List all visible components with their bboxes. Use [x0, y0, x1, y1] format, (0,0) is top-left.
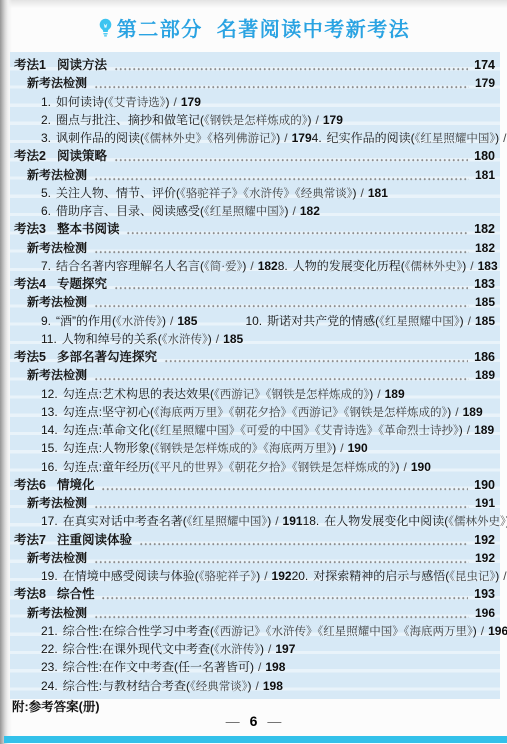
slash-separator: / [284, 129, 287, 147]
toc-item: 7.结合名著内容理解名人名言(《简·爱》)/182 [41, 257, 278, 276]
toc-item: 3.讽刺作品的阅读(《儒林外史》《格列佛游记》)/179 [41, 129, 312, 148]
book-title: 《红星照耀中国》 [415, 133, 496, 145]
item-page-number: 182 [300, 202, 320, 220]
item-text: 结合名著内容理解名人名言(《简·爱》) [56, 257, 246, 276]
item-text: 勾连点:革命文化(《红星照耀中国》《可爱的中国》《艾青诗选》《革命烈士诗抄》) [63, 421, 463, 440]
page-number: 179 [475, 74, 495, 92]
item-text: 圈点与批注、摘抄和做笔记(《钢铁是怎样炼成的》) [56, 111, 312, 130]
leader-dots [114, 275, 468, 293]
toc-item-row: 23.综合性:在作文中考查(任一名著皆可)/198 [14, 658, 495, 676]
section-label: 考法8 [14, 585, 46, 603]
item-number: 22. [41, 640, 58, 658]
slash-separator: / [258, 658, 261, 676]
item-text: 在真实对话中考查名著(《红星照耀中国》) [63, 512, 272, 531]
toc-item-row: 6.借助序言、目录、阅读感受(《红星照耀中国》)/182 [14, 202, 495, 220]
slash-separator: / [481, 622, 484, 640]
item-page-number: 179 [181, 93, 201, 111]
item-text: 综合性:在综合性学习中考查(《西游记》《水浒传》《红星照耀中国》《海底两万里》) [63, 622, 477, 641]
toc-item-row-dual: 9.“酒”的作用(《水浒传》)/18510.斯诺对共产党的情感(《红星照耀中国》… [14, 312, 495, 330]
item-page-number: 189 [463, 403, 483, 421]
item-text: 人物的发展变化历程(《儒林外史》) [293, 257, 467, 276]
item-text: 综合性:与教材结合考查(《经典常谈》) [63, 677, 252, 696]
item-text: 讽刺作品的阅读(《儒林外史》《格列佛游记》) [56, 129, 280, 148]
slash-separator: / [256, 677, 259, 695]
item-text: 勾连点:艺术构思的表达效果(《西游记》《钢铁是怎样炼成的》) [63, 385, 374, 404]
item-number: 5. [41, 184, 51, 202]
toc-item-row-dual: 19.在情境中感受阅读与体验(《骆驼祥子》)/19220.对探索精神的启示与感悟… [14, 567, 495, 585]
item-number: 4. [312, 129, 322, 147]
toc-item-row: 21.综合性:在综合性学习中考查(《西游记》《水浒传》《红星照耀中国》《海底两万… [14, 622, 495, 640]
item-number: 8. [278, 257, 288, 275]
book-title: 《水浒传》 [243, 188, 295, 200]
book-title: 《革命烈士诗抄》 [378, 425, 459, 437]
page-top-shadow [0, 0, 507, 8]
leader-dots [94, 239, 469, 257]
book-title: 《可爱的中国》 [240, 425, 315, 437]
item-page-number: 191 [283, 512, 303, 530]
sub-label: 新考法检测 [27, 166, 87, 184]
book-title: 《红星照耀中国》 [187, 516, 268, 528]
toc-item-row: 24.综合性:与教材结合考查(《经典常谈》)/198 [14, 677, 495, 695]
toc-item-row: 22.综合性:在课外现代文中考查(《水浒传》)/197 [14, 640, 495, 658]
toc-section-row: 考法7注重阅读体验192 [14, 531, 495, 549]
book-title: 《朝花夕拾》 [229, 462, 292, 474]
item-text: 如何读诗(《艾青诗选》) [56, 93, 170, 112]
book-title: 《钢铁是怎样炼成的》 [204, 115, 308, 127]
toc-sub-row: 新考法检测192 [14, 549, 495, 567]
item-text: 勾连点:人物形象(《钢铁是怎样炼成的》《海底两万里》) [63, 439, 337, 458]
item-page-number: 189 [385, 385, 405, 403]
item-text: 综合性:在课外现代文中考查(《水浒传》) [63, 640, 264, 659]
toc-item-row: 1.如何读诗(《艾青诗选》)/179 [14, 93, 495, 111]
toc-item: 19.在情境中感受阅读与体验(《骆驼祥子》)/192 [41, 567, 292, 586]
book-toc-page: 第二部分名著阅读中考新考法 考法1阅读方法174新考法检测1791.如何读诗(《… [0, 0, 507, 744]
section-label: 考法7 [14, 531, 46, 549]
slash-separator: / [275, 512, 278, 530]
book-title: 《骆驼祥子》 [180, 188, 243, 200]
book-title: 《平凡的世界》 [154, 462, 229, 474]
page-number: 182 [474, 220, 495, 238]
item-number: 6. [41, 202, 51, 220]
toc-sub-row: 新考法检测179 [14, 74, 495, 92]
book-title: 《艾青诗选》 [315, 425, 378, 437]
item-number: 11. [41, 330, 57, 348]
sub-label: 新考法检测 [27, 604, 87, 622]
toc-section-row: 考法8综合性193 [14, 585, 495, 603]
item-number: 1. [41, 93, 51, 111]
book-title: 《儒林外史》 [405, 261, 463, 273]
item-number: 7. [41, 257, 51, 275]
section-title: 阅读策略 [57, 147, 107, 165]
page-number: 174 [474, 56, 495, 74]
page-number: 183 [474, 275, 495, 293]
item-page-number: 196 [488, 622, 507, 640]
leader-dots [101, 476, 468, 494]
item-number: 9. [41, 312, 51, 330]
book-title: 《儒林外史》 [448, 516, 506, 528]
page-header: 第二部分名著阅读中考新考法 [0, 13, 507, 43]
toc-item: 17.在真实对话中考查名著(《红星照耀中国》)/191 [41, 512, 303, 531]
book-title: 《钢铁是怎样炼成的》 [154, 443, 263, 455]
slash-separator: / [340, 439, 343, 457]
leader-dots [139, 531, 468, 549]
slash-separator: / [467, 421, 470, 439]
section-label: 考法3 [14, 220, 46, 238]
toc-panel: 考法1阅读方法174新考法检测1791.如何读诗(《艾青诗选》)/1792.圈点… [10, 52, 500, 699]
section-label: 考法2 [14, 147, 46, 165]
item-number: 18. [303, 512, 320, 530]
item-page-number: 179 [323, 111, 343, 129]
toc-section-row: 考法3整本书阅读182 [14, 220, 495, 238]
item-number: 24. [41, 677, 58, 695]
book-title: 《昆虫记》 [449, 571, 495, 583]
leader-dots [164, 348, 468, 366]
item-page-number: 190 [348, 439, 368, 457]
page-number: 185 [475, 293, 495, 311]
bottom-accent-bar [4, 736, 507, 743]
footer-dash: — [226, 713, 240, 729]
slash-separator: / [361, 184, 364, 202]
toc-sub-row: 新考法检测185 [14, 293, 495, 311]
item-text: 勾连点:坚守初心(《海底两万里》《朝花夕拾》《西游记》《钢铁是怎样炼成的》) [63, 403, 452, 422]
sub-label: 新考法检测 [27, 293, 87, 311]
page-number: 191 [475, 494, 495, 512]
book-title: 《海底两万里》 [404, 626, 473, 638]
section-title: 整本书阅读 [57, 220, 120, 238]
page-number: 196 [475, 604, 495, 622]
toc-item-row: 14.勾连点:革命文化(《红星照耀中国》《可爱的中国》《艾青诗选》《革命烈士诗抄… [14, 421, 495, 439]
section-label: 考法1 [14, 56, 46, 74]
slash-separator: / [316, 111, 319, 129]
page-number-footer: —6— [0, 713, 507, 729]
footer-dash: — [267, 713, 281, 729]
slash-separator: / [470, 257, 473, 275]
toc-item: 8.人物的发展变化历程(《儒林外史》)/183 [278, 257, 498, 276]
page-title-main: 名著阅读中考新考法 [217, 19, 411, 41]
book-title: 《简·爱》 [204, 261, 242, 273]
toc-sub-row: 新考法检测191 [14, 494, 495, 512]
toc-sub-row: 新考法检测189 [14, 366, 495, 384]
leader-dots [114, 56, 468, 74]
item-page-number: 198 [265, 658, 285, 676]
leader-dots [94, 74, 469, 92]
leader-dots [94, 604, 469, 622]
item-text: 在人物发展变化中阅读(《儒林外史》) [324, 512, 507, 531]
page-title-part: 第二部分 [117, 19, 203, 41]
book-title: 《西游记》 [214, 626, 266, 638]
toc-item-row-dual: 7.结合名著内容理解名人名言(《简·爱》)/1828.人物的发展变化历程(《儒林… [14, 257, 495, 275]
slash-separator: / [250, 257, 253, 275]
page-number: 190 [474, 476, 495, 494]
toc-item-row: 2.圈点与批注、摘抄和做笔记(《钢铁是怎样炼成的》)/179 [14, 111, 495, 129]
page-number: 192 [475, 549, 495, 567]
item-number: 14. [41, 421, 58, 439]
slash-separator: / [404, 458, 407, 476]
section-title: 专题探究 [57, 275, 107, 293]
book-title: 《西游记》 [292, 407, 344, 419]
item-page-number: 185 [177, 312, 197, 330]
section-title: 情境化 [57, 476, 95, 494]
item-number: 17. [41, 512, 58, 530]
sub-label: 新考法检测 [27, 549, 87, 567]
leader-dots [126, 220, 468, 238]
toc-item-row: 11.人物和绰号的关系(《水浒传》)/185 [14, 330, 495, 348]
book-title: 《海底两万里》 [154, 407, 229, 419]
book-title: 《钢铁是怎样炼成的》 [292, 462, 396, 474]
slash-separator: / [503, 567, 506, 585]
toc-section-row: 考法4专题探究183 [14, 275, 495, 293]
item-page-number: 179 [292, 129, 312, 147]
item-number: 3. [41, 129, 51, 147]
leader-dots [94, 549, 469, 567]
item-page-number: 185 [223, 330, 243, 348]
toc-item-row: 13.勾连点:坚守初心(《海底两万里》《朝花夕拾》《西游记》《钢铁是怎样炼成的》… [14, 403, 495, 421]
toc-sub-row: 新考法检测196 [14, 604, 495, 622]
book-title: 《红星照耀中国》 [379, 316, 460, 328]
item-page-number: 198 [263, 677, 283, 695]
slash-separator: / [268, 640, 271, 658]
item-page-number: 190 [411, 458, 431, 476]
toc-section-row: 考法6情境化190 [14, 476, 495, 494]
item-text: “酒”的作用(《水浒传》) [56, 312, 166, 331]
page-number: 193 [474, 585, 495, 603]
item-text: 借助序言、目录、阅读感受(《红星照耀中国》) [56, 202, 289, 221]
page-title: 第二部分名著阅读中考新考法 [117, 13, 411, 42]
toc-item: 4.纪实作品的阅读(《红星照耀中国》)/180 [312, 129, 507, 148]
page-number: 181 [475, 166, 495, 184]
item-text: 对探索精神的启示与感悟(《昆虫记》) [313, 567, 499, 586]
toc-item-row-dual: 3.讽刺作品的阅读(《儒林外史》《格列佛游记》)/1794.纪实作品的阅读(《红… [14, 129, 495, 147]
slash-separator: / [264, 567, 267, 585]
slash-separator: / [293, 202, 296, 220]
section-label: 考法4 [14, 275, 46, 293]
sub-label: 新考法检测 [27, 494, 87, 512]
item-number: 12. [41, 385, 58, 403]
book-title: 《水浒传》 [214, 644, 260, 656]
book-title: 《水浒传》 [266, 626, 318, 638]
leader-dots [94, 366, 469, 384]
item-page-number: 189 [474, 421, 494, 439]
book-title: 《经典常谈》 [190, 681, 248, 693]
book-title: 《红星照耀中国》 [154, 425, 240, 437]
item-text: 勾连点:童年经历(《平凡的世界》《朝花夕拾》《钢铁是怎样炼成的》) [63, 458, 400, 477]
toc-section-row: 考法1阅读方法174 [14, 56, 495, 74]
item-number: 19. [41, 567, 58, 585]
item-number: 2. [41, 111, 51, 129]
sub-label: 新考法检测 [27, 74, 87, 92]
item-number: 21. [41, 622, 58, 640]
toc-section-row: 考法5多部名著勾连探究186 [14, 348, 495, 366]
toc-section-row: 考法2阅读策略180 [14, 147, 495, 165]
slash-separator: / [468, 312, 471, 330]
leader-dots [94, 494, 469, 512]
leader-dots [101, 585, 468, 603]
toc-item: 18.在人物发展变化中阅读(《儒林外史》)/191 [303, 512, 507, 531]
section-label: 考法5 [14, 348, 46, 366]
book-title: 《朝花夕拾》 [229, 407, 292, 419]
item-text: 斯诺对共产党的情感(《红星照耀中国》) [267, 312, 464, 331]
toc-sub-row: 新考法检测182 [14, 239, 495, 257]
section-title: 综合性 [57, 585, 95, 603]
toc-item-row: 12.勾连点:艺术构思的表达效果(《西游记》《钢铁是怎样炼成的》)/189 [14, 385, 495, 403]
toc-item: 10.斯诺对共产党的情感(《红星照耀中国》)/185 [245, 312, 495, 331]
book-title: 《骆驼祥子》 [199, 571, 257, 583]
item-page-number: 182 [258, 257, 278, 275]
slash-separator: / [174, 93, 177, 111]
book-title: 《海底两万里》 [263, 443, 332, 455]
item-number: 20. [292, 567, 309, 585]
sub-label: 新考法检测 [27, 366, 87, 384]
book-title: 《钢铁是怎样炼成的》 [266, 389, 370, 401]
leader-dots [114, 147, 468, 165]
item-text: 在情境中感受阅读与体验(《骆驼祥子》) [63, 567, 261, 586]
slash-separator: / [377, 385, 380, 403]
book-title: 《经典常谈》 [295, 188, 353, 200]
item-text: 关注人物、情节、评价(《骆驼祥子》《水浒传》《经典常谈》) [56, 184, 357, 203]
book-title: 《红星照耀中国》 [204, 206, 285, 218]
toc-item-row: 16.勾连点:童年经历(《平凡的世界》《朝花夕拾》《钢铁是怎样炼成的》)/190 [14, 458, 495, 476]
item-page-number: 197 [275, 640, 295, 658]
page-number: 182 [475, 239, 495, 257]
toc-item-row: 5.关注人物、情节、评价(《骆驼祥子》《水浒传》《经典常谈》)/181 [14, 184, 495, 202]
item-text: 综合性:在作文中考查(任一名著皆可) [63, 658, 254, 676]
item-page-number: 192 [272, 567, 292, 585]
lightbulb-icon [97, 18, 114, 38]
leader-dots [94, 166, 469, 184]
toc-item-row: 15.勾连点:人物形象(《钢铁是怎样炼成的》《海底两万里》)/190 [14, 439, 495, 457]
item-number: 15. [41, 439, 58, 457]
footer-page-number: 6 [250, 713, 258, 729]
item-page-number: 185 [475, 312, 495, 330]
section-title: 阅读方法 [57, 56, 107, 74]
slash-separator: / [216, 330, 219, 348]
page-number: 180 [474, 147, 495, 165]
book-title: 《艾青诗选》 [108, 97, 166, 109]
book-title: 《水浒传》 [116, 316, 162, 328]
item-text: 人物和绰号的关系(《水浒传》) [62, 330, 212, 349]
book-title: 《西游记》 [214, 389, 266, 401]
item-number: 23. [41, 658, 58, 676]
toc-item: 20.对探索精神的启示与感悟(《昆虫记》)/193 [292, 567, 507, 586]
book-title: 《儒林外史》 [144, 133, 207, 145]
book-title: 《水浒传》 [162, 334, 208, 346]
page-number: 189 [475, 366, 495, 384]
section-title: 多部名著勾连探究 [57, 348, 157, 366]
book-title: 《红星照耀中国》 [318, 626, 404, 638]
sub-label: 新考法检测 [27, 239, 87, 257]
toc-sub-row: 新考法检测181 [14, 166, 495, 184]
item-number: 16. [41, 458, 58, 476]
section-title: 注重阅读体验 [57, 531, 132, 549]
item-text: 纪实作品的阅读(《红星照耀中国》) [327, 129, 500, 148]
slash-separator: / [170, 312, 173, 330]
leader-dots [94, 293, 469, 311]
item-page-number: 181 [368, 184, 388, 202]
toc-item-row-dual: 17.在真实对话中考查名著(《红星照耀中国》)/19118.在人物发展变化中阅读… [14, 512, 495, 530]
item-number: 13. [41, 403, 58, 421]
book-title: 《钢铁是怎样炼成的》 [344, 407, 448, 419]
page-number: 192 [474, 531, 495, 549]
slash-separator: / [455, 403, 458, 421]
section-label: 考法6 [14, 476, 46, 494]
toc-item: 9.“酒”的作用(《水浒传》)/185 [41, 312, 197, 331]
slash-separator: / [503, 129, 506, 147]
page-number: 186 [474, 348, 495, 366]
book-title: 《格列佛游记》 [207, 133, 276, 145]
item-number: 10. [245, 312, 262, 330]
item-page-number: 183 [478, 257, 498, 275]
